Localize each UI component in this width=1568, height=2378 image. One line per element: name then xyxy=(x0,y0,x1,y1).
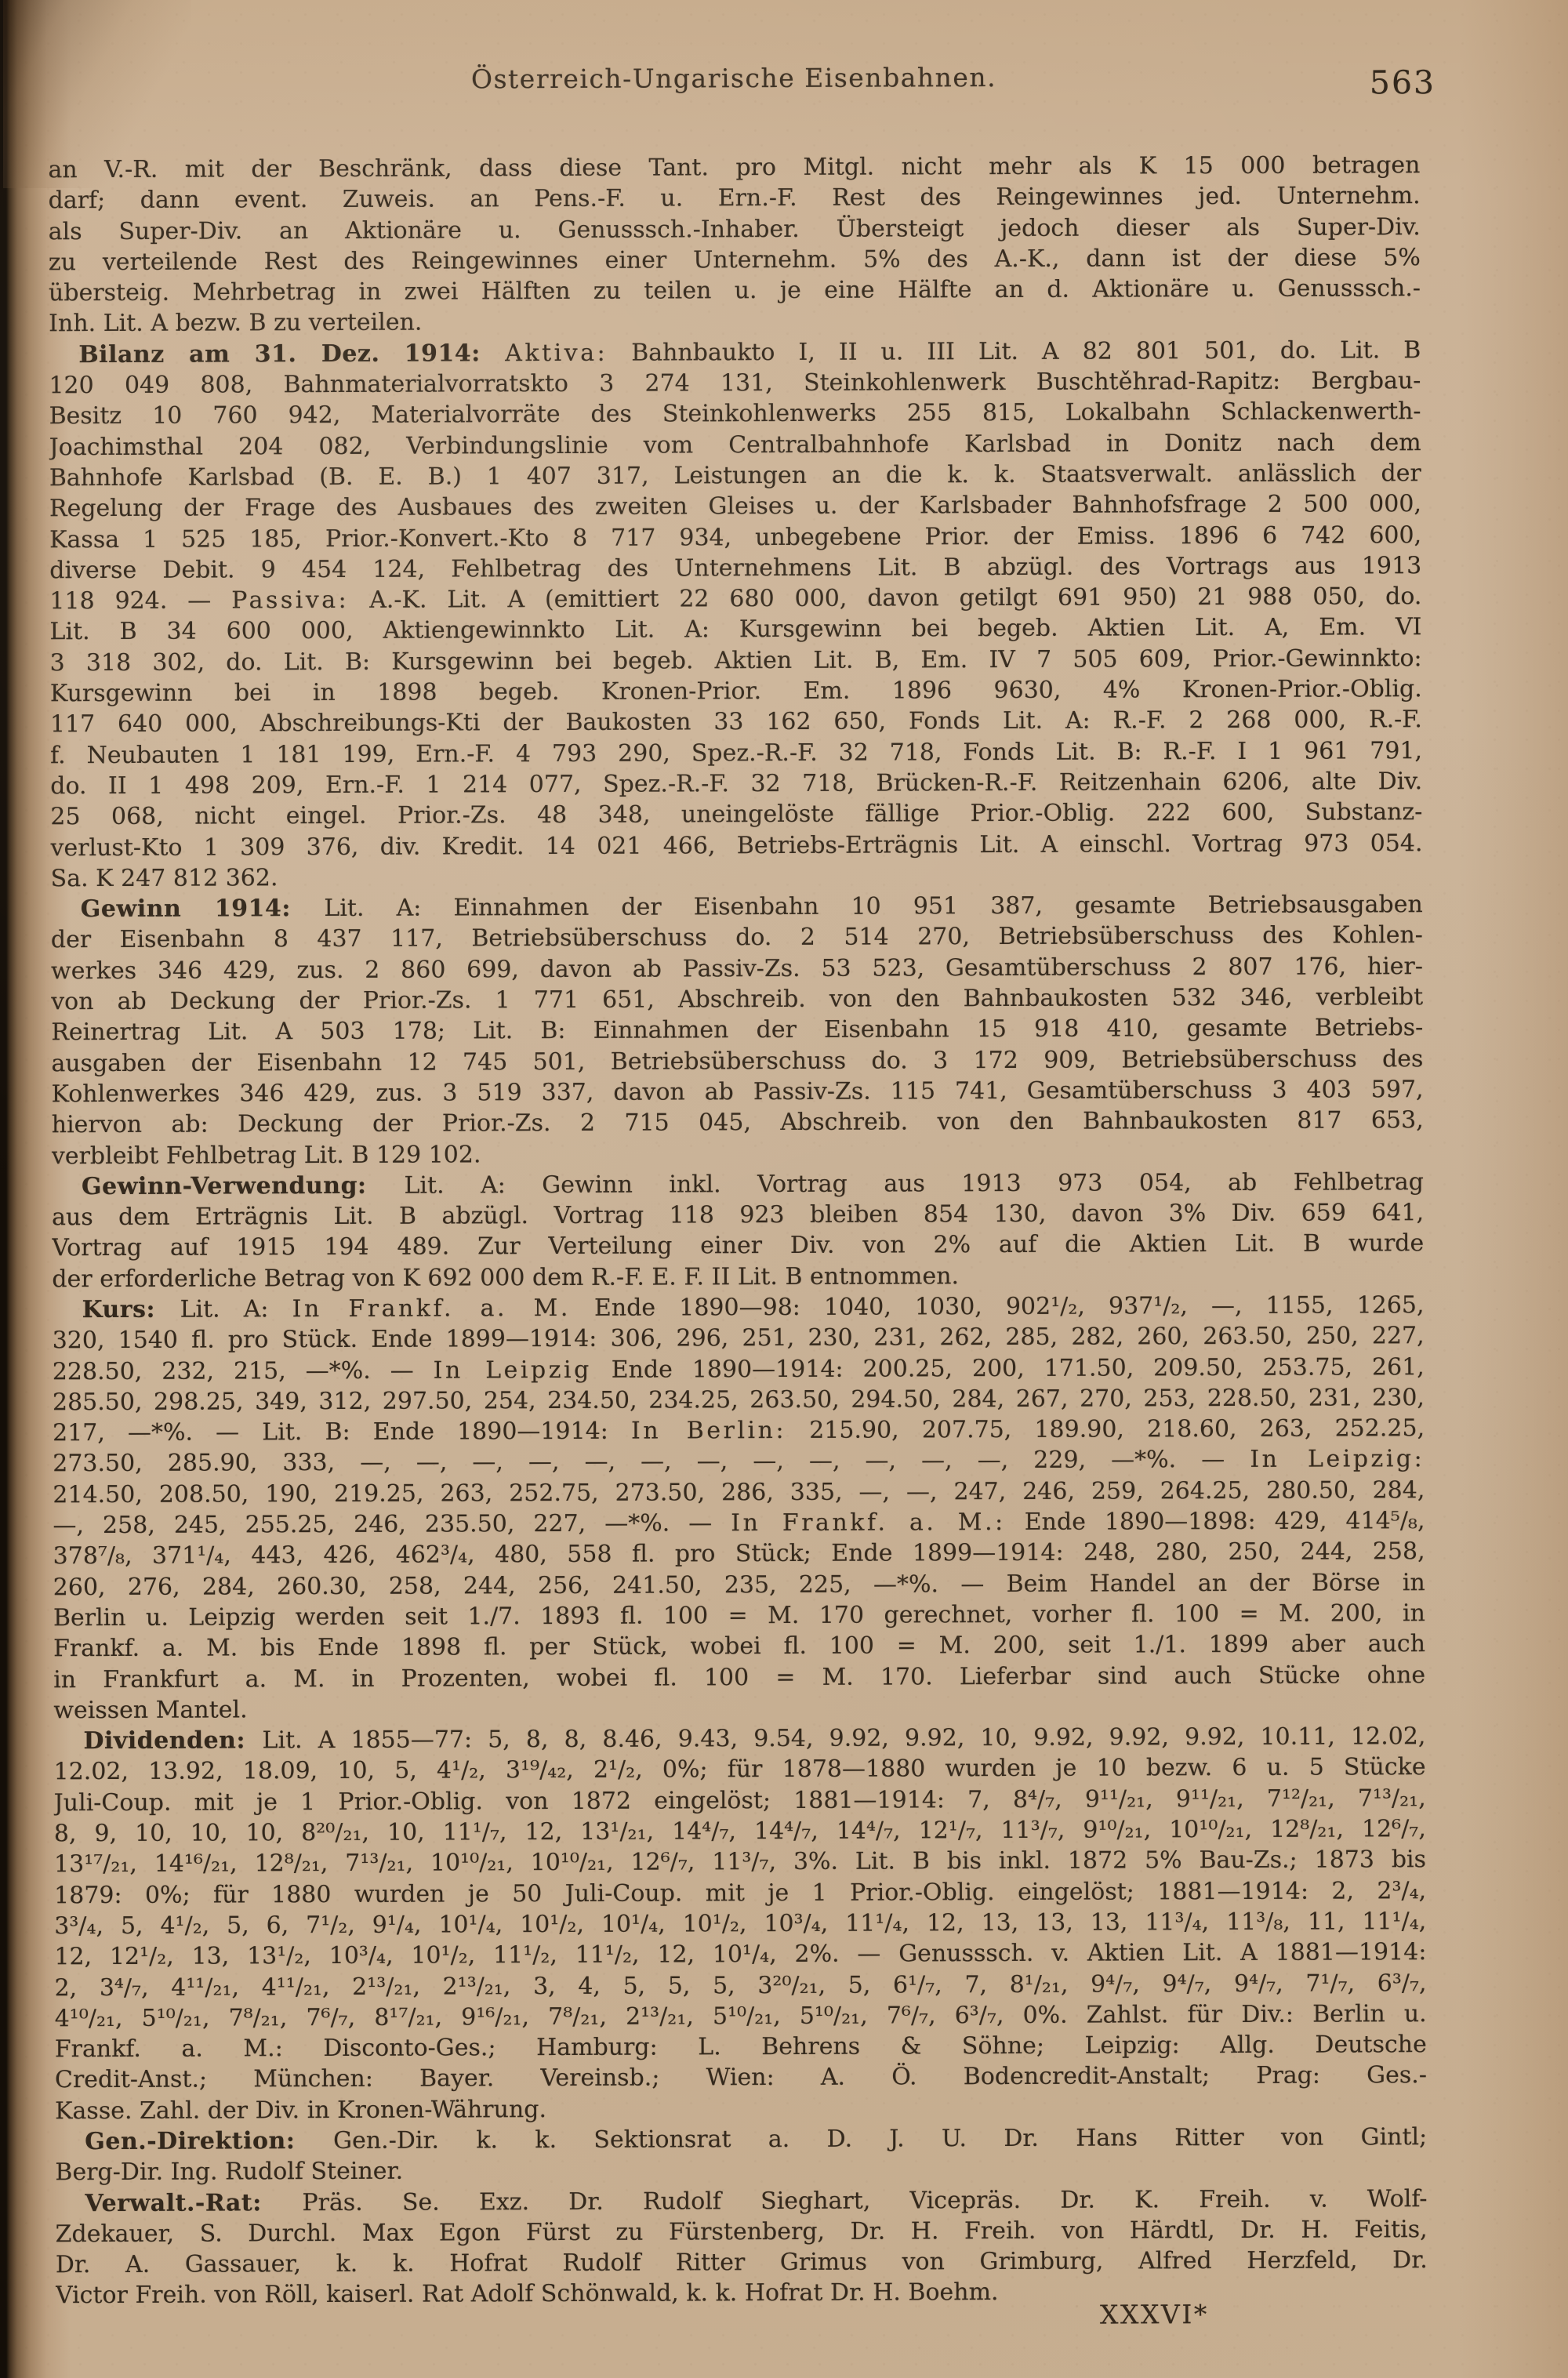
text-segment: 273.50, 285.90, 333, —, —, —, —, —, —, —… xyxy=(53,1446,1250,1477)
text-segment: Bahnbaukto I, II u. III Lit. A 82 801 50… xyxy=(608,336,1421,367)
text-line: Besitz 10 760 942, Materialvorräte des S… xyxy=(49,397,1421,432)
text-segment: In Leipzig: xyxy=(1250,1446,1425,1474)
text-line: Gewinn-Verwendung: Lit. A: Gewinn inkl. … xyxy=(52,1167,1424,1202)
text-segment: 285.50, 298.25, 349, 312, 297.50, 254, 2… xyxy=(53,1384,1425,1416)
text-line: 378⁷/₈, 371¹/₄, 443, 426, 462³/₄, 480, 5… xyxy=(53,1537,1425,1572)
page-sheet: Österreich-Ungarische Eisenbahnen. 563 a… xyxy=(0,0,1568,2378)
text-line: von ab Deckung der Prior.-Zs. 1 771 651,… xyxy=(51,982,1423,1017)
text-segment: 4¹⁰/₂₁, 5¹⁰/₂₁, 7⁸/₂₁, 7⁶/₇, 8¹⁷/₂₁, 9¹⁶… xyxy=(55,2000,1427,2032)
text-line: weissen Mantel. xyxy=(53,1690,1425,1726)
text-line: zu verteilende Rest des Reingewinnes ein… xyxy=(49,242,1421,278)
text-segment: Ende 1890—98: 1040, 1030, 902¹/₂, 937¹/₂… xyxy=(571,1291,1425,1322)
text-line: 228.50, 232, 215, —*%. — In Leipzig Ende… xyxy=(53,1352,1425,1387)
text-segment: Sa. K 247 812 362. xyxy=(51,864,278,892)
text-line: 260, 276, 284, 260.30, 258, 244, 256, 24… xyxy=(53,1567,1425,1603)
text-segment: In Berlin: xyxy=(631,1417,786,1445)
text-segment: Berlin u. Leipzig werden seit 1./7. 1893… xyxy=(53,1599,1425,1632)
text-line: Vortrag auf 1915 194 489. Zur Verteilung… xyxy=(52,1229,1424,1264)
text-segment: Juli-Coup. mit je 1 Prior.-Oblig. von 18… xyxy=(54,1784,1426,1817)
text-line: 285.50, 298.25, 349, 312, 297.50, 254, 2… xyxy=(53,1382,1425,1418)
paragraph-lead-label: Bilanz am 31. Dez. 1914: xyxy=(78,339,505,368)
text-line: 217, —*%. — Lit. B: Ende 1890—1914: In B… xyxy=(53,1413,1425,1448)
text-line: Bahnhofe Karlsbad (B. E. B.) 1 407 317, … xyxy=(49,458,1421,493)
text-segment: darf; dann event. Zuweis. an Pens.-F. u.… xyxy=(49,182,1421,214)
text-line: Frankf. a. M.: Disconto-Ges.; Hamburg: L… xyxy=(55,2029,1427,2064)
text-segment: In Frankf. a. M.: xyxy=(731,1508,1006,1537)
text-line: 3 318 302, do. Lit. B: Kursgewinn bei be… xyxy=(50,643,1422,678)
text-segment: ausgaben der Eisenbahn 12 745 501, Betri… xyxy=(51,1045,1423,1077)
text-segment: 12.02, 13.92, 18.09, 10, 5, 4¹/₂, 3¹⁹/₄₂… xyxy=(54,1754,1426,1786)
text-line: 13¹⁷/₂₁, 14¹⁶/₂₁, 12⁸/₂₁, 7¹³/₂₁, 10¹⁰/₂… xyxy=(54,1844,1426,1879)
text-line: Gen.-Direktion: Gen.-Dir. k. k. Sektions… xyxy=(55,2122,1427,2157)
text-line: an V.-R. mit der Beschränk, dass diese T… xyxy=(48,150,1420,185)
text-segment: verlust-Kto 1 309 376, div. Kredit. 14 0… xyxy=(50,830,1422,862)
text-line: 25 068, nicht eingel. Prior.-Zs. 48 348,… xyxy=(50,797,1422,832)
text-line: 117 640 000, Abschreibungs-Kti der Bauko… xyxy=(50,704,1422,739)
text-segment: diverse Debit. 9 454 124, Fehlbetrag des… xyxy=(49,552,1421,584)
text-segment: an V.-R. mit der Beschränk, dass diese T… xyxy=(48,151,1420,183)
text-line: Kasse. Zahl. der Div. in Kronen-Währung. xyxy=(55,2091,1427,2126)
text-line: Dividenden: Lit. A 1855—77: 5, 8, 8, 8.4… xyxy=(53,1721,1425,1756)
text-segment: 217, —*%. — Lit. B: Ende 1890—1914: xyxy=(53,1418,631,1447)
text-segment: 120 049 808, Bahnmaterialvorratskto 3 27… xyxy=(49,367,1421,399)
text-segment: von ab Deckung der Prior.-Zs. 1 771 651,… xyxy=(51,983,1423,1015)
text-segment: —, 258, 245, 255.25, 246, 235.50, 227, —… xyxy=(53,1509,731,1539)
text-segment: Aktiva: xyxy=(505,339,608,367)
text-segment: als Super-Div. an Aktionäre u. Genusssch… xyxy=(49,213,1421,245)
text-line: Credit-Anst.; München: Bayer. Vereinsb.;… xyxy=(55,2060,1427,2096)
text-segment: Regelung der Frage des Ausbaues des zwei… xyxy=(49,490,1421,522)
text-line: Gewinn 1914: Lit. A: Einnahmen der Eisen… xyxy=(51,889,1423,924)
text-line: 4¹⁰/₂₁, 5¹⁰/₂₁, 7⁸/₂₁, 7⁶/₇, 8¹⁷/₂₁, 9¹⁶… xyxy=(55,1999,1427,2034)
text-line: Kohlenwerkes 346 429, zus. 3 519 337, da… xyxy=(52,1074,1424,1109)
text-segment: Lit. A 1855—77: 5, 8, 8, 8.46, 9.43, 9.5… xyxy=(262,1723,1425,1754)
text-segment: in Frankfurt a. M. in Prozenten, wobei f… xyxy=(53,1661,1425,1694)
text-line: aus dem Erträgnis Lit. B abzügl. Vortrag… xyxy=(52,1197,1424,1233)
text-line: 12, 12¹/₂, 13, 13¹/₂, 10³/₄, 10¹/₂, 11¹/… xyxy=(54,1937,1426,1972)
paragraph-lead-label: Verwalt.-Rat: xyxy=(85,2189,302,2217)
text-segment: Joachimsthal 204 082, Verbindungslinie v… xyxy=(49,429,1421,461)
text-line: Kassa 1 525 185, Prior.-Konvert.-Kto 8 7… xyxy=(49,520,1421,555)
text-line: Bilanz am 31. Dez. 1914: Aktiva: Bahnbau… xyxy=(49,335,1421,370)
text-line: 118 924. — Passiva: A.-K. Lit. A (emitti… xyxy=(49,581,1421,616)
text-segment: Berg-Dir. Ing. Rudolf Steiner. xyxy=(55,2158,403,2187)
text-line: Frankf. a. M. bis Ende 1898 fl. per Stüc… xyxy=(53,1628,1425,1664)
text-line: Kursgewinn bei in 1898 begeb. Kronen-Pri… xyxy=(50,673,1422,709)
text-segment: Lit. A: xyxy=(180,1295,292,1323)
text-line: Verwalt.-Rat: Präs. Se. Exz. Dr. Rudolf … xyxy=(55,2184,1427,2219)
text-line: in Frankfurt a. M. in Prozenten, wobei f… xyxy=(53,1660,1425,1695)
text-line: 320, 1540 fl. pro Stück. Ende 1899—1914:… xyxy=(53,1320,1425,1356)
text-segment: Zdekauer, S. Durchl. Max Egon Fürst zu F… xyxy=(56,2216,1428,2248)
text-segment: Ende 1890—1914: 200.25, 200, 171.50, 209… xyxy=(592,1353,1425,1384)
text-segment: 25 068, nicht eingel. Prior.-Zs. 48 348,… xyxy=(50,798,1422,830)
text-line: 1879: 0%; für 1880 wurden je 50 Juli-Cou… xyxy=(54,1875,1426,1911)
text-line: —, 258, 245, 255.25, 246, 235.50, 227, —… xyxy=(53,1505,1425,1541)
text-segment: Kasse. Zahl. der Div. in Kronen-Währung. xyxy=(55,2096,546,2125)
text-segment: Reinertrag Lit. A 503 178; Lit. B: Einna… xyxy=(51,1014,1423,1046)
text-segment: Kassa 1 525 185, Prior.-Konvert.-Kto 8 7… xyxy=(49,521,1421,554)
text-segment: Besitz 10 760 942, Materialvorräte des S… xyxy=(49,398,1421,430)
text-segment: Dr. A. Gassauer, k. k. Hofrat Rudolf Rit… xyxy=(56,2246,1428,2278)
text-segment: Lit. A: Gewinn inkl. Vortrag aus 1913 97… xyxy=(404,1168,1424,1200)
text-line: Regelung der Frage des Ausbaues des zwei… xyxy=(49,488,1421,524)
text-line: 120 049 808, Bahnmaterialvorratskto 3 27… xyxy=(49,365,1421,401)
text-segment: Lit. B 34 600 000, Aktiengewinnkto Lit. … xyxy=(49,614,1421,646)
text-line: 3³/₄, 5, 4¹/₂, 5, 6, 7¹/₂, 9¹/₄, 10¹/₄, … xyxy=(54,1906,1426,1941)
text-segment: 118 924. — xyxy=(49,587,231,615)
text-segment: Frankf. a. M.: Disconto-Ges.; Hamburg: L… xyxy=(55,2031,1427,2063)
text-line: 273.50, 285.90, 333, —, —, —, —, —, —, —… xyxy=(53,1444,1425,1479)
text-segment: hiervon ab: Deckung der Prior.-Zs. 2 715… xyxy=(52,1106,1424,1138)
text-segment: Ende 1890—1898: 429, 414⁵/₈, xyxy=(1006,1507,1425,1536)
text-segment: Lit. A: Einnahmen der Eisenbahn 10 951 3… xyxy=(324,891,1422,922)
text-line: 2, 3⁴/₇, 4¹¹/₂₁, 4¹¹/₂₁, 2¹³/₂₁, 2¹³/₂₁,… xyxy=(54,1968,1426,2003)
text-segment: der erforderliche Betrag von K 692 000 d… xyxy=(52,1262,959,1293)
text-segment: der Eisenbahn 8 437 117, Betriebsübersch… xyxy=(51,922,1423,954)
text-line: 12.02, 13.92, 18.09, 10, 5, 4¹/₂, 3¹⁹/₄₂… xyxy=(54,1752,1426,1788)
text-segment: Inh. Lit. A bezw. B zu verteilen. xyxy=(49,309,422,338)
text-segment: Kursgewinn bei in 1898 begeb. Kronen-Pri… xyxy=(50,675,1422,707)
page-number: 563 xyxy=(1370,64,1436,101)
text-line: 8, 9, 10, 10, 10, 8²⁰/₂₁, 10, 11¹/₇, 12,… xyxy=(54,1813,1426,1849)
text-segment: zu verteilende Rest des Reingewinnes ein… xyxy=(49,244,1421,276)
text-line: do. II 1 498 209, Ern.-F. 1 214 077, Spe… xyxy=(50,766,1422,801)
text-segment: Kohlenwerkes 346 429, zus. 3 519 337, da… xyxy=(52,1076,1424,1108)
text-segment: 214.50, 208.50, 190, 219.25, 263, 252.75… xyxy=(53,1476,1425,1508)
running-head-title: Österreich-Ungarische Eisenbahnen. xyxy=(48,60,1420,96)
text-segment: übersteig. Mehrbetrag in zwei Hälften zu… xyxy=(49,274,1421,307)
text-line: als Super-Div. an Aktionäre u. Genusssch… xyxy=(49,212,1421,247)
text-segment: 320, 1540 fl. pro Stück. Ende 1899—1914:… xyxy=(53,1322,1425,1354)
text-segment: Gen.-Dir. k. k. Sektionsrat a. D. J. U. … xyxy=(333,2123,1427,2155)
text-line: Inh. Lit. A bezw. B zu verteilen. xyxy=(49,304,1421,339)
text-segment: In Frankf. a. M. xyxy=(292,1294,571,1323)
text-segment: f. Neubauten 1 181 199, Ern.-F. 4 793 29… xyxy=(50,737,1422,769)
text-segment: 3³/₄, 5, 4¹/₂, 5, 6, 7¹/₂, 9¹/₄, 10¹/₄, … xyxy=(54,1908,1426,1940)
text-line: diverse Debit. 9 454 124, Fehlbetrag des… xyxy=(49,550,1421,586)
text-segment: 2, 3⁴/₇, 4¹¹/₂₁, 4¹¹/₂₁, 2¹³/₂₁, 2¹³/₂₁,… xyxy=(54,1970,1426,2002)
text-line: Kurs: Lit. A: In Frankf. a. M. Ende 1890… xyxy=(52,1290,1424,1325)
text-segment: 228.50, 232, 215, —*%. — xyxy=(53,1356,434,1385)
text-segment: verbleibt Fehlbetrag Lit. B 129 102. xyxy=(52,1141,481,1170)
book-page: Österreich-Ungarische Eisenbahnen. 563 a… xyxy=(0,0,1568,2378)
text-line: Juli-Coup. mit je 1 Prior.-Oblig. von 18… xyxy=(54,1783,1426,1818)
signature-mark: XXXVI* xyxy=(1100,2299,1209,2329)
text-segment: 378⁷/₈, 371¹/₄, 443, 426, 462³/₄, 480, 5… xyxy=(53,1538,1425,1570)
text-line: übersteig. Mehrbetrag in zwei Hälften zu… xyxy=(49,273,1421,308)
text-segment: Frankf. a. M. bis Ende 1898 fl. per Stüc… xyxy=(53,1630,1425,1662)
text-line: ausgaben der Eisenbahn 12 745 501, Betri… xyxy=(51,1044,1423,1079)
text-line: Berlin u. Leipzig werden seit 1./7. 1893… xyxy=(53,1598,1425,1633)
text-segment: Bahnhofe Karlsbad (B. E. B.) 1 407 317, … xyxy=(49,459,1421,492)
text-line: Reinertrag Lit. A 503 178; Lit. B: Einna… xyxy=(51,1012,1423,1047)
text-line: verbleibt Fehlbetrag Lit. B 129 102. xyxy=(52,1136,1424,1171)
paragraph-lead-label: Dividenden: xyxy=(83,1726,262,1755)
text-segment: Präs. Se. Exz. Dr. Rudolf Sieghart, Vice… xyxy=(302,2185,1427,2216)
text-segment: 13¹⁷/₂₁, 14¹⁶/₂₁, 12⁸/₂₁, 7¹³/₂₁, 10¹⁰/₂… xyxy=(54,1846,1426,1878)
text-line: Joachimsthal 204 082, Verbindungslinie v… xyxy=(49,427,1421,463)
text-segment: Passiva: xyxy=(231,586,349,615)
text-line: der Eisenbahn 8 437 117, Betriebsübersch… xyxy=(51,920,1423,956)
text-line: hiervon ab: Deckung der Prior.-Zs. 2 715… xyxy=(52,1105,1424,1140)
text-segment: 215.90, 207.75, 189.90, 218.60, 263, 252… xyxy=(786,1414,1425,1444)
paragraph-lead-label: Gewinn 1914: xyxy=(81,895,325,923)
text-segment: do. II 1 498 209, Ern.-F. 1 214 077, Spe… xyxy=(50,768,1422,800)
paragraph-lead-label: Gewinn-Verwendung: xyxy=(82,1171,405,1200)
text-line: Dr. A. Gassauer, k. k. Hofrat Rudolf Rit… xyxy=(56,2245,1428,2280)
text-segment: 117 640 000, Abschreibungs-Kti der Bauko… xyxy=(50,706,1422,738)
text-segment: 1879: 0%; für 1880 wurden je 50 Juli-Cou… xyxy=(54,1877,1426,1909)
text-segment: A.-K. Lit. A (emittiert 22 680 000, davo… xyxy=(349,583,1421,614)
text-line: werkes 346 429, zus. 2 860 699, davon ab… xyxy=(51,951,1423,986)
text-line: Lit. B 34 600 000, Aktiengewinnkto Lit. … xyxy=(49,612,1421,648)
text-line: der erforderliche Betrag von K 692 000 d… xyxy=(52,1259,1424,1294)
text-line: 214.50, 208.50, 190, 219.25, 263, 252.75… xyxy=(53,1475,1425,1510)
text-segment: 12, 12¹/₂, 13, 13¹/₂, 10³/₄, 10¹/₂, 11¹/… xyxy=(54,1938,1426,1970)
text-line: f. Neubauten 1 181 199, Ern.-F. 4 793 29… xyxy=(50,735,1422,771)
text-line: Zdekauer, S. Durchl. Max Egon Fürst zu F… xyxy=(56,2214,1428,2249)
text-line: verlust-Kto 1 309 376, div. Kredit. 14 0… xyxy=(50,828,1422,863)
text-segment: Credit-Anst.; München: Bayer. Vereinsb.;… xyxy=(55,2062,1427,2094)
text-line: Berg-Dir. Ing. Rudolf Steiner. xyxy=(55,2152,1427,2187)
text-segment: 8, 9, 10, 10, 10, 8²⁰/₂₁, 10, 11¹/₇, 12,… xyxy=(54,1815,1426,1847)
text-line: Victor Freih. von Röll, kaiserl. Rat Ado… xyxy=(56,2276,1428,2311)
text-segment: weissen Mantel. xyxy=(53,1696,247,1724)
text-block: an V.-R. mit der Beschränk, dass diese T… xyxy=(48,150,1428,2311)
text-segment: Victor Freih. von Röll, kaiserl. Rat Ado… xyxy=(56,2279,999,2310)
text-segment: 260, 276, 284, 260.30, 258, 244, 256, 24… xyxy=(53,1569,1425,1601)
text-segment: Vortrag auf 1915 194 489. Zur Verteilung… xyxy=(52,1230,1424,1262)
text-line: darf; dann event. Zuweis. an Pens.-F. u.… xyxy=(49,180,1421,216)
text-segment: In Leipzig xyxy=(434,1356,592,1384)
text-segment: aus dem Erträgnis Lit. B abzügl. Vortrag… xyxy=(52,1199,1424,1231)
text-segment: 3 318 302, do. Lit. B: Kursgewinn bei be… xyxy=(50,644,1422,677)
paragraph-lead-label: Gen.-Direktion: xyxy=(85,2127,333,2155)
text-line: Sa. K 247 812 362. xyxy=(51,859,1423,894)
paragraph-lead-label: Kurs: xyxy=(82,1296,180,1323)
text-segment: werkes 346 429, zus. 2 860 699, davon ab… xyxy=(51,953,1423,985)
